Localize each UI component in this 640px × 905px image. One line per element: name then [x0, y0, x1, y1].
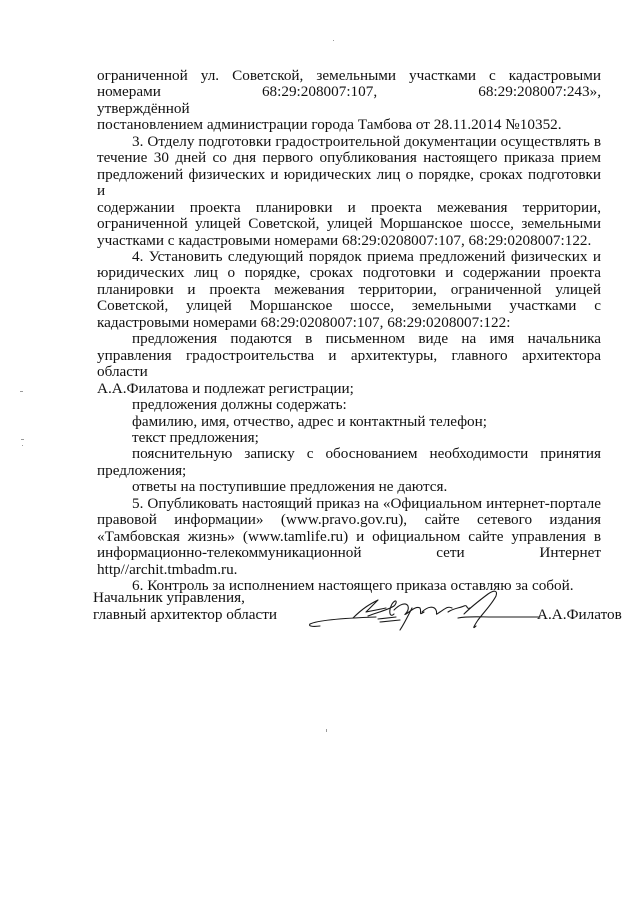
text-line: 4. Установить следующий порядок приема п…	[97, 249, 601, 265]
paragraph-4-submission: предложения подаются в письменном виде н…	[97, 331, 601, 397]
text-line: содержании проекта планировки и проекта …	[97, 200, 601, 216]
signatory-title-line-1: Начальник управления,	[93, 590, 277, 607]
text-line: пояснительную записку с обоснованием нео…	[97, 446, 601, 462]
text-line: 3. Отделу подготовки градостроительной д…	[97, 134, 601, 150]
text-line: Советской, улицей Моршанское шоссе, земе…	[97, 298, 601, 314]
text-line: участками с кадастровыми номерами 68:29:…	[97, 233, 601, 249]
text-line: А.А.Филатова и подлежат регистрации;	[97, 381, 601, 397]
handwritten-signature-icon	[308, 586, 543, 636]
paragraph-4-contents: предложения должны содержать:	[97, 397, 601, 413]
paragraph-continuation: ограниченной ул. Советской, земельными у…	[97, 68, 601, 134]
signatory-title: Начальник управления, главный архитектор…	[93, 590, 277, 623]
text-line: номерами 68:29:208007:107, 68:29:208007:…	[97, 84, 601, 117]
text-line: ограниченной улицей Советской, улицей Мо…	[97, 216, 601, 232]
paragraph-5: 5. Опубликовать настоящий приказ на «Офи…	[97, 496, 601, 578]
signatory-title-line-2: главный архитектор области	[93, 607, 277, 624]
paragraph-4-item-name: фамилию, имя, отчество, адрес и контактн…	[97, 414, 601, 430]
text-line: планировки и проекта межевания территори…	[97, 282, 601, 298]
text-line: ограниченной ул. Советской, земельными у…	[97, 68, 601, 84]
scan-speck	[20, 391, 23, 392]
text-line: предложения;	[97, 463, 601, 479]
paragraph-3: 3. Отделу подготовки градостроительной д…	[97, 134, 601, 249]
text-line: 5. Опубликовать настоящий приказ на «Офи…	[97, 496, 601, 512]
text-line: постановлением администрации города Тамб…	[97, 117, 601, 133]
scan-speck	[333, 40, 334, 41]
text-line: течение 30 дней со дня первого опубликов…	[97, 150, 601, 166]
text-line: правовой информации» (www.pravo.gov.ru),…	[97, 512, 601, 528]
scan-speck	[22, 445, 23, 446]
paragraph-4-item-text: текст предложения;	[97, 430, 601, 446]
text-line: текст предложения;	[97, 430, 601, 446]
text-line: ответы на поступившие предложения не даю…	[97, 479, 601, 495]
text-line: информационно-телекоммуникационной сети …	[97, 545, 601, 578]
text-line: предложения подаются в письменном виде н…	[97, 331, 601, 347]
signatory-name: А.А.Филатов	[537, 607, 622, 624]
paragraph-4-item-note: пояснительную записку с обоснованием нео…	[97, 446, 601, 479]
paragraph-4: 4. Установить следующий порядок приема п…	[97, 249, 601, 331]
text-line: управления градостроительства и архитект…	[97, 348, 601, 381]
text-line: юридических лиц о порядке, сроках подгот…	[97, 265, 601, 281]
paragraph-4-answers: ответы на поступившие предложения не даю…	[97, 479, 601, 495]
text-line: предложений физических и юридических лиц…	[97, 167, 601, 200]
document-page: ограниченной ул. Советской, земельными у…	[0, 0, 640, 905]
text-line: «Тамбовская жизнь» (www.tamlife.ru) и оф…	[97, 529, 601, 545]
text-line: фамилию, имя, отчество, адрес и контактн…	[97, 414, 601, 430]
scan-speck	[21, 439, 24, 440]
text-line: предложения должны содержать:	[97, 397, 601, 413]
document-body: ограниченной ул. Советской, земельными у…	[97, 68, 601, 595]
scan-speck	[326, 729, 327, 732]
signature-block: Начальник управления, главный архитектор…	[93, 590, 603, 640]
text-line: кадастровыми номерами 68:29:0208007:107,…	[97, 315, 601, 331]
